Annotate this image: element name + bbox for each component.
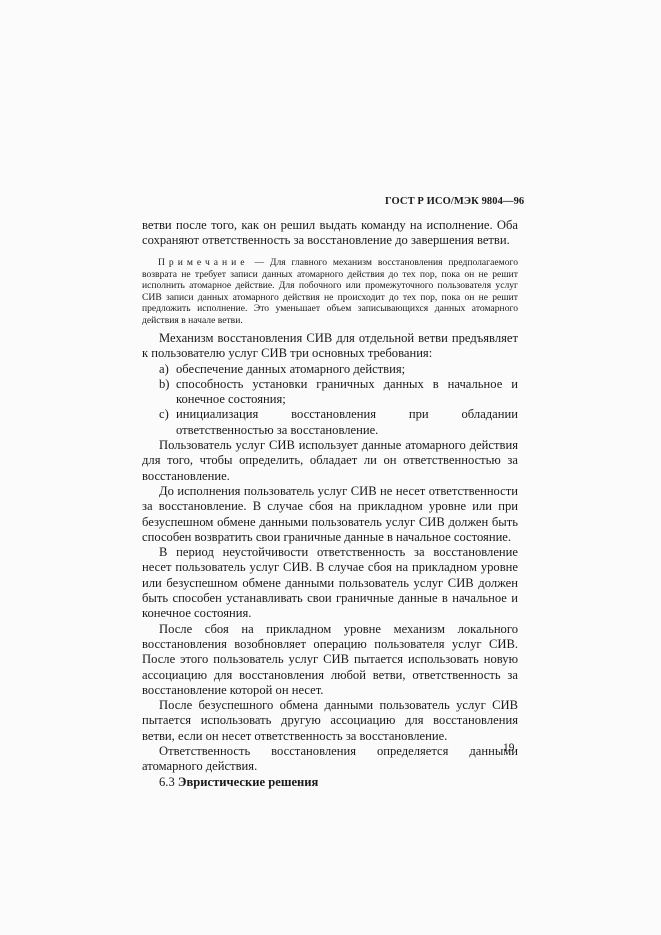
note-paragraph: Примечание — Для главного механизм восст… [142, 257, 518, 327]
requirement-item-c: c)инициализация восстановления при облад… [142, 407, 518, 438]
requirement-text: инициализация восстановления при обладан… [176, 407, 518, 436]
note-block: Примечание — Для главного механизм восст… [142, 257, 518, 327]
intro-paragraph: Механизм восстановления СИВ для отдельно… [142, 331, 518, 362]
continuation-paragraph: ветви после того, как он решил выдать ко… [142, 218, 518, 249]
body-paragraph: После безуспешного обмена данными пользо… [142, 698, 518, 744]
document-header-standard-id: ГОСТ Р ИСО/МЭК 9804—96 [385, 196, 524, 207]
requirement-text: способность установки граничных данных в… [176, 377, 518, 406]
requirement-item-b: b)способность установки граничных данных… [142, 377, 518, 408]
page-number: 19 [503, 742, 515, 754]
continuation-block: ветви после того, как он решил выдать ко… [142, 218, 518, 249]
body-paragraph: До исполнения пользователь услуг СИВ не … [142, 484, 518, 545]
body-paragraph: Пользователь услуг СИВ использует данные… [142, 438, 518, 484]
requirement-text: обеспечение данных атомарного действия; [176, 362, 405, 376]
body-paragraph: В период неустойчивости ответственность … [142, 545, 518, 621]
list-marker: c) [159, 407, 169, 422]
requirement-item-a: a)обеспечение данных атомарного действия… [142, 362, 518, 377]
note-dash: — [249, 257, 270, 268]
section-heading: 6.3 Эвристические решения [142, 775, 518, 790]
section-number: 6.3 [159, 775, 175, 789]
list-marker: a) [159, 362, 169, 377]
section-title: Эвристические решения [178, 775, 318, 789]
body-paragraph: Ответственность восстановления определяе… [142, 744, 518, 775]
note-label: Примечание [158, 257, 249, 268]
list-marker: b) [159, 377, 170, 392]
body-paragraph: После сбоя на прикладном уровне механизм… [142, 622, 518, 698]
body-text: Механизм восстановления СИВ для отдельно… [142, 331, 518, 790]
